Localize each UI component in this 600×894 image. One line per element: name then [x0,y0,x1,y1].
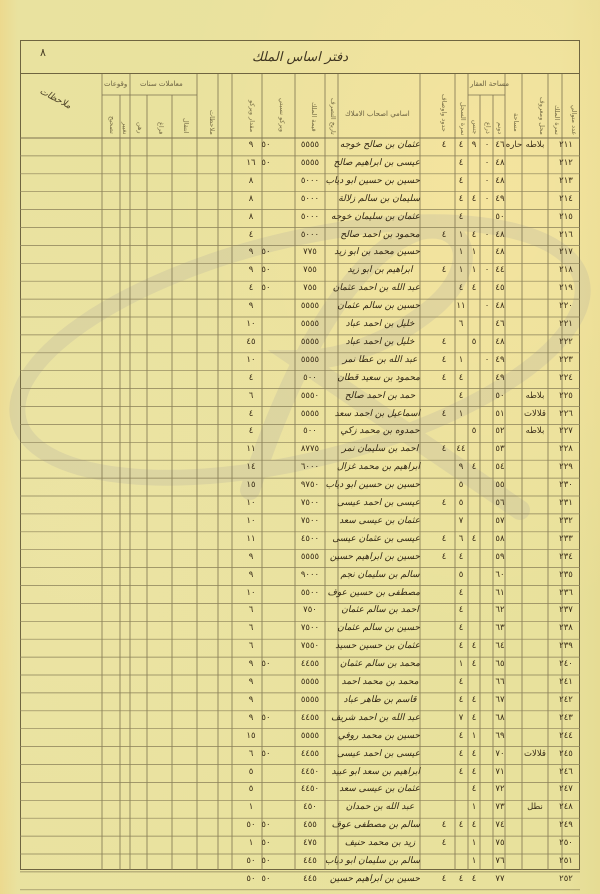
tax-cell: ١٠ [239,516,263,526]
value-cell: ٥٥٥٥ [298,409,322,419]
tax2-cell: ٥٠ [254,265,278,275]
area-cell: ٥٣ [488,444,512,454]
value-cell: ٧٥٠٠ [298,623,322,633]
owner-cell: عثمان بن سليمان خوجه [340,212,420,222]
value-cell: ٥٠٠٠ [298,212,322,222]
tax-cell: ٤٥ [239,337,263,347]
area-cell: ٦٢ [488,605,512,615]
table-row: ٢١٥٥٠٤عثمان بن سليمان خوجه٥٠٠٠٨ [0,210,600,228]
area-cell: ٤٥ [488,283,512,293]
header-sub3: جنس [469,100,479,134]
seq-cell: ٢٣٧ [554,605,578,615]
owner-cell: عثمان بن صالح خوجه [340,140,420,150]
area-e-cell: ٤ [432,230,456,240]
table-row: ٢٤١٦٦٤محمد بن محمد احمد٥٥٥٥٩ [0,675,600,693]
seq-cell: ٢٣٤ [554,552,578,562]
owner-cell: اسماعيل بن احمد سعد [340,409,420,419]
table-row: ٢٥١٧٦١سالم بن سليمان ابو دياب٤٤٥٥٠٥٠ [0,854,600,872]
plot-cell: نطل [523,802,547,812]
seq-cell: ٢٤١ [554,677,578,687]
table-row: ٢٢٥بلاطه٥٠٤حمد بن احمد صالح٥٥٥٠٦ [0,389,600,407]
table-row: ٢٣٨٦٣٤حسين بن سالم عثمان٧٥٠٠٦ [0,621,600,639]
plot-cell: قلالات [523,409,547,419]
value-cell: ٥٥٥٥ [298,140,322,150]
tax2-cell: ٥٠ [254,838,278,848]
value-cell: ٤٤٥٥ [298,659,322,669]
value-cell: ٦٠٠٠ [298,462,322,472]
value-cell: ٥٠٠٠ [298,176,322,186]
area-e-cell: ٤ [432,874,456,884]
seq-cell: ٢٤٧ [554,784,578,794]
area-c-cell: ٥ [462,426,486,436]
area-d-cell: ١١ [449,301,473,311]
owner-cell: حسين بن حسين ابو دياب [340,480,420,490]
area-e-cell: ٤ [432,552,456,562]
area-e-cell: ٤ [432,534,456,544]
area-cell: ٦٠ [488,570,512,580]
header-tax-amount: مقدار ويركو [238,82,256,132]
table-row: ٢٣٢٥٧٧عثمان بن عيسى سعد٧٥٠٠١٠ [0,514,600,532]
table-row: ٢٤٠٦٥٤١محمد بن سالم عثمان٤٤٥٥٩٥٠ [0,657,600,675]
seq-cell: ٢١٨ [554,265,578,275]
value-cell: ٤٤٥ [298,856,322,866]
tax-cell: ٥ [239,784,263,794]
seq-cell: ٢٢٢ [554,337,578,347]
tax-cell: ١٠ [239,355,263,365]
value-cell: ٥٠٠ [298,373,322,383]
tax-cell: ١ [239,802,263,812]
owner-cell: حسين بن حسين ابو دياب [340,176,420,186]
owner-cell: قاسم بن طاهر عباد [340,695,420,705]
area-cell: ٥٠ [488,212,512,222]
tax2-cell: ٥٠ [254,247,278,257]
area-cell: ٧٤ [488,820,512,830]
area-e-cell: ٤ [432,838,456,848]
area-c-cell: ١ [462,838,486,848]
area-cell: ٦٩ [488,731,512,741]
owner-cell: حسين بن سالم عثمان [340,301,420,311]
area-cell: ٥٠ [488,391,512,401]
value-cell: ٧٧٥ [298,247,322,257]
value-cell: ٥٥٥٥ [298,337,322,347]
seq-cell: ٢٣٦ [554,588,578,598]
area-cell: ٧٠ [488,749,512,759]
value-cell: ٤٥٠٠ [298,534,322,544]
header-register: نمرة السجل [456,80,467,135]
area-c-cell: ٥ [462,337,486,347]
owner-cell: عبد الله بن حمدان [340,802,420,812]
value-cell: ٤٤٥٥ [298,713,322,723]
area-d-cell: ٧ [449,713,473,723]
header-plot: نمرة الملك [550,80,561,135]
seq-cell: ٢٣٩ [554,641,578,651]
seq-cell: ٢٤٨ [554,802,578,812]
area-d-cell: ٧ [449,516,473,526]
table-row: ٢١٩٤٥٤٤عبد الله بن احمد عثمان٧٥٥٤٥٠ [0,281,600,299]
table-row: ٢١٨٤٤٠١١٤ابراهيم بن ابو زيد٧٥٥٩٥٠ [0,263,600,281]
seq-cell: ٢٣٠ [554,480,578,490]
area-cell: ٦١ [488,588,512,598]
value-cell: ٤٥٠ [298,802,322,812]
area-cell: ٥٦ [488,498,512,508]
seq-cell: ٢٣٣ [554,534,578,544]
tax-cell: ١٥ [239,480,263,490]
value-cell: ٥٥٥٥ [298,695,322,705]
header-sub1: دونم [494,100,504,134]
area-cell: ٧٥ [488,838,512,848]
owner-cell: حسين بن ابراهيم حسين [340,874,420,884]
owner-cell: عيسى بن احمد عيسى [340,749,420,759]
seq-cell: ٢١٤ [554,194,578,204]
table-row: ٢٣٠٥٥٥حسين بن حسين ابو دياب٩٧٥٠١٥ [0,478,600,496]
tax-cell: ٤ [239,373,263,383]
table-row: ٢٤٣٦٨٤٧عبد الله بن احمد شريف٤٤٥٥٩٥٠ [0,711,600,729]
table-row: ٢٣٩٦٤٤٤عثمان بن حسين حسيد٧٥٥٠٦ [0,639,600,657]
table-row: ٢١١بلاطهحاره٤٦٠٩٤٤عثمان بن صالح خوجه٥٥٥٥… [0,138,600,156]
owner-cell: محمود بن سعيد قطان [340,373,420,383]
header-remarks-col: ملاحظات [200,80,216,135]
area-cell: ٥٧ [488,516,512,526]
tax-cell: ٤ [239,409,263,419]
area-cell: ٧٢ [488,784,512,794]
area-d-cell: ٤ [449,677,473,687]
owner-cell: مصطفى بن حسين عوف [340,588,420,598]
seq-cell: ٢١٥ [554,212,578,222]
area-d-cell: ٤ [449,641,473,651]
area-cell: ٥٥ [488,480,512,490]
table-row: ٢٤٤٦٩١٤حسين بن محمد روفي٥٥٥٥١٥ [0,729,600,747]
tax-cell: ٩ [239,695,263,705]
table-row: ٢٣٦٦١٤مصطفى بن حسين عوف٥٥٠٠١٠ [0,586,600,604]
area-e-cell: ٤ [432,355,456,365]
area-cell: ٧٧ [488,874,512,884]
area-cell: ٦٤ [488,641,512,651]
owner-cell: سالم بن سليمان نجم [340,570,420,580]
plot-cell: قلالات [523,749,547,759]
tax-cell: ٨ [239,176,263,186]
tax-cell: ٤ [239,230,263,240]
tax-cell: ٦ [239,605,263,615]
tax-cell: ١١ [239,444,263,454]
table-row: ٢١٢٤٨٠٤عيسى بن ابراهيم صالح٥٥٥٥١٦٥٠ [0,156,600,174]
value-cell: ٥٥٥٥ [298,677,322,687]
owner-cell: ابراهيم بن محمد غزال [340,462,420,472]
owner-cell: عثمان بن عيسى سعد [340,516,420,526]
header-t3: رهن [134,100,144,134]
owner-cell: حمد بن احمد صالح [340,391,420,401]
area-d-cell: ٦ [449,319,473,329]
area-d-cell: ٤ [449,695,473,705]
area-cell: ٦٣ [488,623,512,633]
area-d-cell: ٤ [449,212,473,222]
tax-cell: ٨ [239,212,263,222]
owner-cell: زيد بن محمد حنيف [340,838,420,848]
tax-cell: ١٠ [239,588,263,598]
owner-cell: عيسى بن احمد عيسى [340,498,420,508]
table-row: ٢٣١٥٦٥٤عيسى بن احمد عيسى٧٥٠٠١٠ [0,496,600,514]
owner-cell: سليمان بن سالم زلالة [340,194,420,204]
table-row: ٢٣٧٦٢٤احمد بن سالم عثمان٧٥٠٦ [0,603,600,621]
value-cell: ٧٥٠٠ [298,516,322,526]
tax2-cell: ٥٠ [254,820,278,830]
area-e-cell: ٤ [432,140,456,150]
tax-cell: ٦ [239,391,263,401]
value-cell: ٧٥٠٠ [298,498,322,508]
area-cell: ٥٨ [488,534,512,544]
seq-cell: ٢٢٨ [554,444,578,454]
seq-cell: ٢٤٩ [554,820,578,830]
table-row: ٢١٧٤٨١١حسين محمد بن ابو زيد٧٧٥٩٥٠ [0,245,600,263]
area-d-cell: ٤ [449,588,473,598]
area-b-cell: ٠ [475,158,499,168]
seq-cell: ٢١٩ [554,283,578,293]
plot-cell: بلاطه [523,426,547,436]
value-cell: ٧٥٠ [298,605,322,615]
tax-cell: ٦ [239,623,263,633]
owner-cell: عيسى بن عثمان عيسى [340,534,420,544]
value-cell: ٤٤٥٠ [298,767,322,777]
seq-cell: ٢٥٢ [554,874,578,884]
header-quarter: محل ومعروف [528,80,546,135]
tax-cell: ١٤ [239,462,263,472]
seq-cell: ٢٤٢ [554,695,578,705]
seq-cell: ٢٣١ [554,498,578,508]
owner-cell: خليل بن احمد عباد [340,319,420,329]
value-cell: ٥٥٥٥ [298,319,322,329]
table-row: ٢٤٧٧٢٤عثمان بن عيسى سعد٤٤٥٠٥ [0,782,600,800]
seq-cell: ٢٤٠ [554,659,578,669]
owner-cell: سالم بن مصطفى عوف [340,820,420,830]
seq-cell: ٢٢٥ [554,391,578,401]
table-row: ٢١٣٤٨٠٤حسين بن حسين ابو دياب٥٠٠٠٨ [0,174,600,192]
area-cell: ٦٥ [488,659,512,669]
area-c-cell: ١ [462,802,486,812]
owner-cell: حسين بن سالم عثمان [340,623,420,633]
seq-cell: ٢١٢ [554,158,578,168]
owner-cell: محمود بن احمد صالح [340,230,420,240]
tax-cell: ٩ [239,677,263,687]
tax2-cell: ٥٠ [254,856,278,866]
area-cell: ٤٦ [488,319,512,329]
owner-cell: حسين محمد بن ابو زيد [340,247,420,257]
table-row: ٢٥٠٧٥١٤زيد بن محمد حنيف٤٧٥١٥٠ [0,836,600,854]
tax-cell: ٥ [239,767,263,777]
table-row: ٢٣٣٥٨٤٦٤عيسى بن عثمان عيسى٤٥٠٠١١ [0,532,600,550]
value-cell: ٧٥٥ [298,283,322,293]
seq-cell: ٢٢٣ [554,355,578,365]
tax-cell: ٨ [239,194,263,204]
value-cell: ٤٤٥٠ [298,784,322,794]
area-d-cell: ٥ [449,570,473,580]
area-d-cell: ١ [449,659,473,669]
tax2-cell: ٥٠ [254,140,278,150]
area-e-cell: ٤ [432,265,456,275]
header-t2: فراغ [155,100,165,134]
header-group-ownership: مساحة العقار [470,80,509,88]
area-b-cell: ٠ [475,355,499,365]
area-cell: ٥٩ [488,552,512,562]
owner-cell: عبد الله بن عطا نمر [340,355,420,365]
tax-cell: ١١ [239,534,263,544]
seq-cell: ٢١٦ [554,230,578,240]
value-cell: ٤٥٥ [298,820,322,830]
seq-cell: ٢٢٧ [554,426,578,436]
area-cell: ٥٤ [488,462,512,472]
table-row: ٢٢٣٤٩٠١٤عبد الله بن عطا نمر٥٥٥٥١٠ [0,353,600,371]
tax2-cell: ٥٠ [254,874,278,884]
area-d-cell: ٤ [449,194,473,204]
table-row: ٢٤٢٦٧٤٤قاسم بن طاهر عباد٥٥٥٥٩ [0,693,600,711]
seq-cell: ٢١١ [554,140,578,150]
value-cell: ٤٧٥ [298,838,322,848]
area-d-cell: ٤ [449,158,473,168]
owner-cell: عثمان بن حسين حسيد [340,641,420,651]
header-value-col: تاريخ التصرف [327,80,337,135]
header-seq: عدد متوالي [567,80,578,135]
area-c-cell: ١ [462,856,486,866]
owner-cell: ابراهيم بن سعد ابو عبيد [340,767,420,777]
tax-cell: ٩ [239,301,263,311]
area-d-cell: ٤ [449,605,473,615]
header-group-events: وقوعات [104,80,127,88]
seq-cell: ٢٢١ [554,319,578,329]
tax2-cell: ٥٠ [254,713,278,723]
value-cell: ٥٥٥٥ [298,355,322,365]
area-d-cell: ٤ [449,749,473,759]
area-e-cell: ٤ [432,337,456,347]
area-cell: ٤٨ [488,337,512,347]
value-cell: ٧٥٥٠ [298,641,322,651]
value-cell: ٥٥٥٥ [298,552,322,562]
tax2-cell: ٥٠ [254,158,278,168]
owner-cell: عيسى بن ابراهيم صالح [340,158,420,168]
tax2-cell: ٥٠ [254,749,278,759]
table-row: ٢٤٥قلالات٧٠٤٤عيسى بن احمد عيسى٤٤٥٥٦٥٠ [0,747,600,765]
header-e1: تغيير [121,100,129,134]
value-cell: ٩٠٠٠ [298,570,322,580]
owner-cell: خليل بن احمد عباد [340,337,420,347]
area-d-cell: ٥ [449,480,473,490]
seq-cell: ٢٤٤ [554,731,578,741]
value-cell: ٥٠٠٠ [298,194,322,204]
table-row: ٢٢٦قلالات٥١١٤اسماعيل بن احمد سعد٥٥٥٥٤ [0,407,600,425]
area-d-cell: ٤ [449,391,473,401]
area-c-cell: ٤ [462,784,486,794]
area-e-cell: ٤ [432,498,456,508]
owner-cell: عثمان بن عيسى سعد [340,784,420,794]
seq-cell: ٢٢٦ [554,409,578,419]
area-cell: ٥١ [488,409,512,419]
owner-cell: ابراهيم بن ابو زيد [340,265,420,275]
area-d-cell: ١ [449,247,473,257]
seq-cell: ٢٢٠ [554,301,578,311]
area-d-cell: ٤ [449,283,473,293]
owner-cell: حسين بن ابراهيم حسين [340,552,420,562]
value-cell: ٧٥٥ [298,265,322,275]
table-row: ٢٥٢٧٧٤٤٤حسين بن ابراهيم حسين٤٤٥٥٠٥٠ [0,872,600,890]
tax2-cell: ٥٠ [254,659,278,669]
tax-cell: ٩ [239,570,263,580]
table-row: ٢٢٢٤٨٥٤خليل بن احمد عباد٥٥٥٥٤٥ [0,335,600,353]
value-cell: ٥٥٠٠ [298,588,322,598]
table-row: ٢٢٤٤٩٤٤محمود بن سعيد قطان٥٠٠٤ [0,371,600,389]
value-cell: ٩٧٥٠ [298,480,322,490]
seq-cell: ٢٣٨ [554,623,578,633]
area-cell: ٦٧ [488,695,512,705]
owner-cell: عبد الله بن احمد عثمان [340,283,420,293]
seq-cell: ٢١٧ [554,247,578,257]
area-d-cell: ٤ [449,731,473,741]
seq-cell: ٢٣٥ [554,570,578,580]
seq-cell: ٢٤٦ [554,767,578,777]
area-cell: ٥٢ [488,426,512,436]
area-d-cell: ٤ [449,623,473,633]
tax-cell: ١٠ [239,498,263,508]
header-value: قيمة الملك [302,82,318,132]
area-e-cell: ٤ [432,444,456,454]
table-row: ٢٢١٤٦٦خليل بن احمد عباد٥٥٥٥١٠ [0,317,600,335]
seq-cell: ٢٥١ [554,856,578,866]
tax-cell: ٤ [239,426,263,436]
seq-cell: ٢٥٠ [554,838,578,848]
tax-cell: ٦ [239,641,263,651]
table-row: ٢٤٩٧٤٤٤٤سالم بن مصطفى عوف٤٥٥٥٠٥٠ [0,818,600,836]
area-cell: ٤٨ [488,247,512,257]
area-cell: ٧٦ [488,856,512,866]
table-row: ٢٤٦٧١٤٤ابراهيم بن سعد ابو عبيد٤٤٥٠٥ [0,765,600,783]
area-cell: ٧١ [488,767,512,777]
area-d-cell: ٤ [449,767,473,777]
owner-cell: احمد بن سالم عثمان [340,605,420,615]
seq-cell: ٢٣٢ [554,516,578,526]
value-cell: ٥٥٥٠ [298,391,322,401]
area-b-cell: ٠ [475,301,499,311]
area-cell: ٧٣ [488,802,512,812]
area-d-cell: ٤ [449,176,473,186]
table-row: ٢٢٠٤٨٠١١حسين بن سالم عثمان٥٥٥٥٩ [0,299,600,317]
tax-cell: ١٠ [239,319,263,329]
header-sub2: ذراع [482,100,492,134]
area-cell: ٦٦ [488,677,512,687]
table-row: ٢٢٧بلاطه٥٢٥حمدوه بن محمد زكي٥٠٠٤ [0,424,600,442]
plot-cell: بلاطه [523,391,547,401]
header-tax-rate: ويركو نسبتي [270,82,286,132]
header-t1: انتقال [180,100,190,134]
table-row: ٢١٤٤٩٠٤٤سليمان بن سالم زلالة٥٠٠٠٨ [0,192,600,210]
table-row: ٢١٦٤٨٠٤١٤محمود بن احمد صالح٥٠٠٠٤ [0,228,600,246]
owner-cell: محمد بن محمد احمد [340,677,420,687]
table-row: ٢٢٨٥٣٤٤٤احمد بن سليمان نمر٨٧٧٥١١ [0,442,600,460]
table-row: ٢٣٥٦٠٥سالم بن سليمان نجم٩٠٠٠٩ [0,568,600,586]
seq-cell: ٢٤٥ [554,749,578,759]
value-cell: ٤٤٥٥ [298,749,322,759]
area-e-cell: ٤ [432,373,456,383]
owner-cell: عبد الله بن احمد شريف [340,713,420,723]
seq-cell: ٢٤٣ [554,713,578,723]
owner-cell: احمد بن سليمان نمر [340,444,420,454]
area-cell: ٤٩ [488,373,512,383]
header-neighbor: حدود واوصاف [428,82,448,132]
header-area: مساحة [508,82,520,132]
value-cell: ٥٠٠ [298,426,322,436]
value-cell: ٥٥٥٥ [298,301,322,311]
seq-cell: ٢٢٩ [554,462,578,472]
area-b-cell: ٠ [475,176,499,186]
plot-cell: بلاطه [523,140,547,150]
tax2-cell: ٥٠ [254,283,278,293]
value-cell: ٤٤٥ [298,874,322,884]
header-e2: تصحيح [106,100,116,134]
